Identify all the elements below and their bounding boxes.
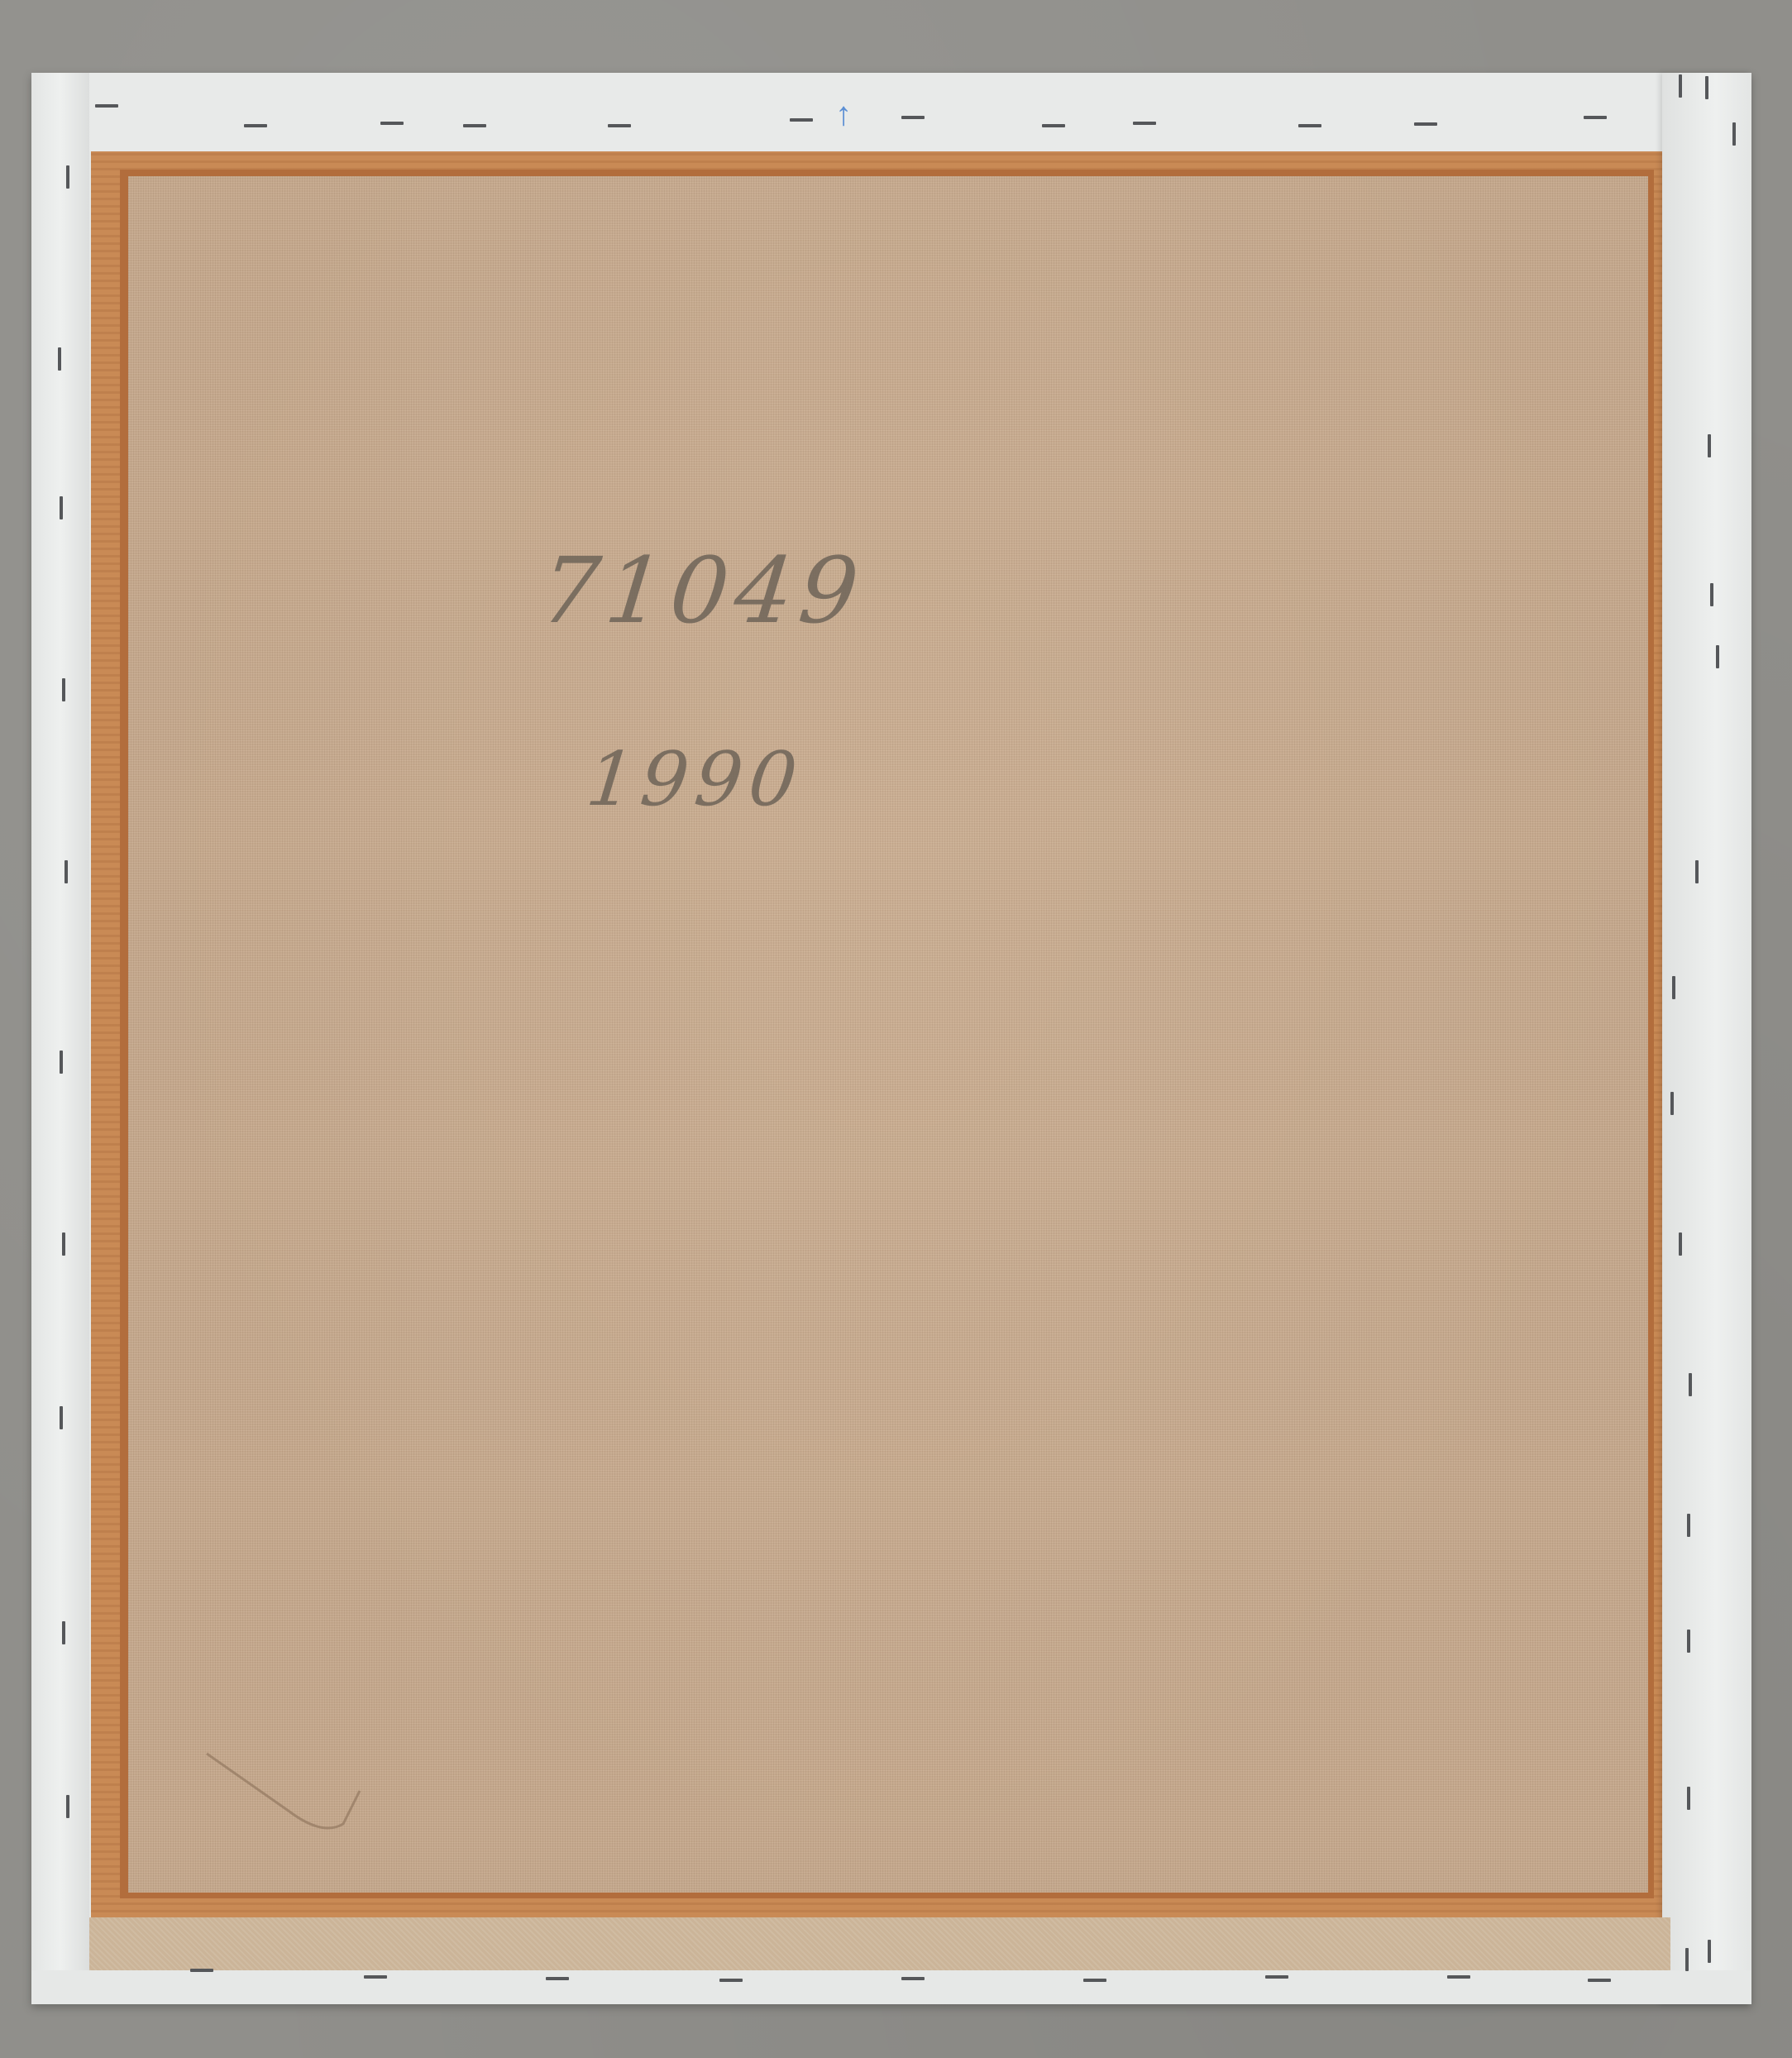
staple	[1685, 1948, 1689, 1971]
staple	[62, 1232, 65, 1256]
staple	[1670, 1092, 1674, 1115]
staple	[58, 347, 61, 371]
staple	[60, 1406, 63, 1429]
staple	[1716, 645, 1719, 668]
raw-canvas-back	[128, 176, 1648, 1893]
staple	[1689, 1373, 1692, 1396]
staple	[1732, 122, 1736, 146]
staple	[1672, 976, 1675, 999]
staple	[1042, 124, 1065, 127]
staple	[380, 122, 404, 125]
staple	[790, 118, 813, 122]
staple	[66, 1795, 69, 1818]
bottom-exposed-canvas	[89, 1917, 1670, 1970]
staple	[1584, 116, 1607, 119]
staple	[1687, 1630, 1690, 1653]
bottom-wrap-edge	[31, 1970, 1751, 2004]
staple	[719, 1979, 743, 1982]
stain-mark	[198, 1737, 372, 1845]
blue-arrow-up-icon: ↑	[835, 98, 852, 131]
staple	[66, 165, 69, 189]
right-wrap-edge	[1662, 73, 1751, 2004]
staple	[62, 1621, 65, 1644]
staple	[463, 124, 486, 127]
staple	[1687, 1514, 1690, 1537]
staple	[901, 1977, 925, 1980]
pencil-inscription-code: 71049	[536, 538, 869, 644]
staple	[1708, 434, 1711, 457]
staple	[1298, 124, 1321, 127]
staple	[901, 116, 925, 119]
staple	[1447, 1975, 1470, 1979]
staple	[60, 496, 63, 519]
staple	[1679, 74, 1682, 98]
staple	[1265, 1975, 1288, 1979]
staple	[1705, 76, 1708, 99]
staple	[244, 124, 267, 127]
staple	[190, 1969, 213, 1972]
staple	[608, 124, 631, 127]
staple	[60, 1051, 63, 1074]
staple	[95, 104, 118, 108]
staple	[1414, 122, 1437, 126]
staple	[65, 860, 68, 883]
top-wrap-edge	[31, 73, 1751, 151]
staple	[62, 678, 65, 701]
staple	[1679, 1232, 1682, 1256]
staple	[1708, 1940, 1711, 1963]
photo-scene: ↑ 71049 1990	[0, 0, 1792, 2058]
staple	[364, 1975, 387, 1979]
staple	[1695, 860, 1699, 883]
staple	[1588, 1979, 1611, 1982]
pencil-inscription-year: 1990	[582, 736, 807, 823]
staple	[1133, 122, 1156, 125]
staple	[1083, 1979, 1106, 1982]
staple	[1710, 583, 1713, 606]
staple	[1687, 1787, 1690, 1810]
staple	[546, 1977, 569, 1980]
